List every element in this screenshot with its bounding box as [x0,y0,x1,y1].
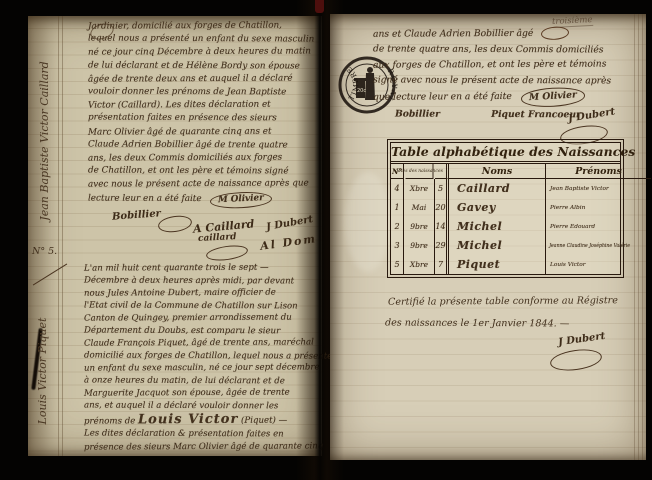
manuscript-line: Marc Olivier âgé de quarante cinq ans et [88,125,320,139]
cell-month: Xbre [404,179,435,198]
signature-olivier-circled: M Olivier [520,86,585,108]
cell-no: 4 [391,179,404,198]
manuscript-line: Décembre à deux heures après midi, par d… [84,274,322,288]
signature-paraph [157,214,193,235]
col-header-dates: dates des naissances [406,164,434,179]
manuscript-line: présentation faites en présence des sieu… [88,112,320,126]
line-text: prénoms de [84,416,138,426]
cell-day: 7 [435,255,449,274]
manuscript-line: Département du Doubs, est comparu le sie… [84,324,322,338]
act-piquet-text: L'an mil huit cent quarante trois le sep… [84,262,322,453]
child-name-piquet: Louis Victor [138,412,238,428]
bookmark-ribbon [315,0,324,13]
fold-line [58,16,59,456]
signature-paraph [205,243,249,263]
margin-act-number: N° 5. [32,246,57,257]
manuscript-line: aux forges de Chatillon, et ont les père… [373,56,639,73]
manuscript-line: Marguerite Jacquot son épouse, âgée de t… [84,386,322,400]
line-text: lecture leur en a été faite [88,193,202,203]
signature-olivier-circled: M Olivier [210,190,273,209]
manuscript-line: l'Etat civil de la Commune de Chatillon … [84,299,322,313]
cell-day: 5 [435,179,449,198]
col-header-prenoms: Prénoms [546,164,651,179]
cell-nom: Caillard [449,179,546,198]
stamp-figure [354,67,375,100]
line-text: (Piquet) — [238,416,287,426]
cell-prenoms: Pierre Albin [546,198,651,217]
cell-nom: Piquet [449,255,546,274]
certification-signature-dubert: J Dubert [557,331,605,348]
right-page: troisième TIMBRE ROYAL [330,14,646,460]
cell-nom: Michel [449,217,546,236]
margin-name-caillard: Jean Baptiste Victor Caillard [38,41,54,241]
manuscript-line: nous Jules Antoine Dubert, maire officie… [84,286,322,300]
manuscript-line: à onze heures du matin, de lui déclarant… [84,374,322,388]
correction-oval [541,26,570,41]
margin-name-piquet: Louis Victor Piquet [36,301,52,441]
cell-month: Mai [404,198,435,217]
signature-bobillier: Bobillier [395,108,440,119]
fold-line [62,16,63,456]
manuscript-line-child-name: prénoms de Louis Victor (Piquet) — [84,411,322,428]
manuscript-line: de lui déclarant et de Hélène Bordy son … [88,59,320,73]
cell-prenoms: Louis Victor [546,255,651,274]
line-text: ans et Claude Adrien Bobillier âgé [373,28,533,40]
manuscript-line: né ce jour cinq Décembre à deux heures d… [88,46,320,60]
signature-bobillier: Bobillier [112,208,162,222]
col-header-noms: Noms [449,164,546,179]
cell-no: 3 [391,236,404,255]
certification-line: Certifié la présente table conforme au R… [388,295,618,308]
cell-prenoms: Jean Baptiste Victor [546,179,651,198]
manuscript-line: Jardinier, domicilié aux forges de Chati… [88,19,320,33]
stamp-show-through [345,172,391,272]
manuscript-line: présence des sieurs Marc Olivier âgé de … [84,440,322,454]
births-table: Table alphabétique des Naissances N° dat… [390,142,621,275]
cell-prenoms: Pierre Edouard [546,217,651,236]
signature-paraph-flourish: Al Dom [259,232,317,253]
manuscript-line: Canton de Quingey, premier arrondissemen… [84,311,322,325]
manuscript-line: L'an mil huit cent quarante trois le sep… [84,261,322,275]
cell-day: 14 [435,217,449,236]
certification-line: des naissances le 1er Janvier 1844. — [385,318,569,330]
left-page: Jean Baptiste Victor Caillard N° 5. Loui… [28,16,322,456]
manuscript-line: de trente quatre ans, les deux Commis do… [373,41,639,58]
cell-day: 29 [435,236,449,255]
cell-nom: Gavey [449,198,546,217]
manuscript-line: ans et Claude Adrien Bobillier âgé [373,25,639,42]
manuscript-line: ans, et auquel il a déclaré vouloir donn… [84,399,322,413]
stamp-value: 20c [357,88,366,94]
manuscript-line: lecture leur en a été faite M Olivier [88,191,320,208]
line-text: que lecture leur en a été faite [373,91,512,103]
manuscript-line: Claude François Piquet, âgé de trente an… [84,336,322,350]
manuscript-line: signé avec nous le présent acte de naiss… [373,72,639,89]
signature-dubert: J Dubert [265,214,314,233]
manuscript-line: que lecture leur en a été faite M Olivie… [373,87,639,107]
act-continuation-text: ans et Claude Adrien Bobillier âgé de tr… [373,26,639,122]
cell-day: 20 [435,198,449,217]
table-title: Table alphabétique des Naissances [391,143,620,164]
cell-no: 5 [391,255,404,274]
cell-month: 9bre [404,217,435,236]
signature-paraph [549,346,603,373]
scanned-register-spread: Jean Baptiste Victor Caillard N° 5. Loui… [0,0,652,480]
manuscript-line: Claude Adrien Bobillier âgé de trente qu… [88,138,320,152]
manuscript-line: un enfant du sexe masculin, né ce jour s… [84,361,322,375]
cell-month: Xbre [404,255,435,274]
signature-caillard: caillard [198,232,237,244]
cell-nom: Michel [449,236,546,255]
manuscript-line: Les dites déclaration & présentation fai… [84,427,322,441]
act-caillard-text: Jardinier, domicilié aux forges de Chati… [88,20,320,208]
cell-no: 2 [391,217,404,236]
manuscript-line: âgée de trente deux ans et auquel il a d… [88,72,320,86]
manuscript-line: avec nous le présent acte de naissance a… [88,178,320,192]
cell-prenoms: Jeanne Claudine Joséphine Valérie [546,236,630,255]
cell-no: 1 [391,198,404,217]
manuscript-line: domicilié aux forges de Chatillon, leque… [84,349,322,363]
cell-month: 9bre [404,236,435,255]
